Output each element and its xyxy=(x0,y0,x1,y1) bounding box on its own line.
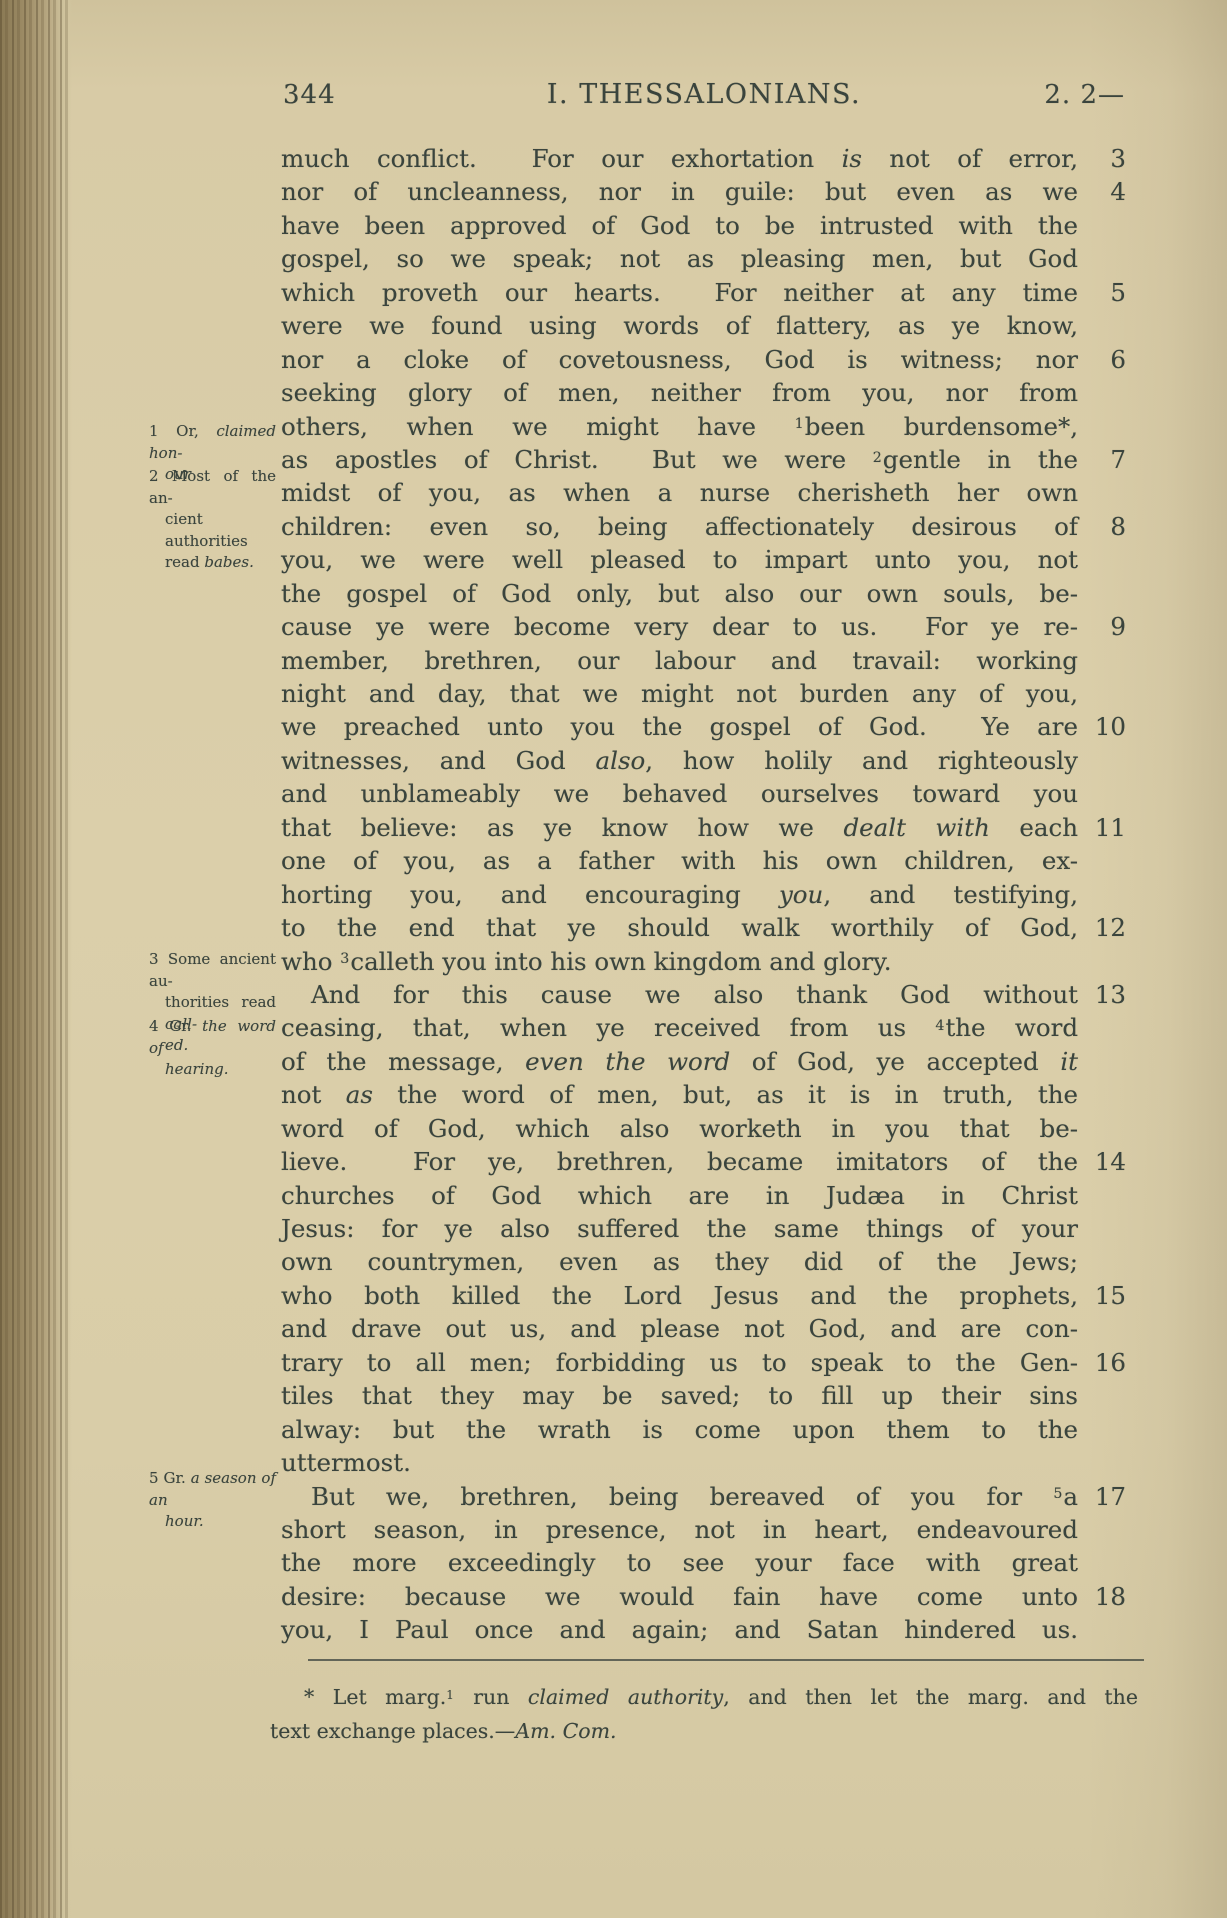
chapter-verse-ref: 2. 2— xyxy=(995,78,1125,112)
text-line: midst of you, as when a nurse cherisheth… xyxy=(281,476,1126,509)
text-line: not as the word of men, but, as it is in… xyxy=(281,1078,1126,1111)
text-line: as apostles of Christ. But we were 2gent… xyxy=(281,443,1126,476)
verse-number: 17 xyxy=(1078,1480,1126,1513)
verse-number: 6 xyxy=(1078,343,1126,376)
line-text: one of you, as a father with his own chi… xyxy=(281,844,1078,877)
scanned-book-page: 344 I. THESSALONIANS. 2. 2— 1 Or, claime… xyxy=(0,0,1227,1918)
line-text: which proveth our hearts. For neither at… xyxy=(281,276,1078,309)
line-text: children: even so, being affectionately … xyxy=(281,510,1078,543)
margin-note-line: cient authorities xyxy=(149,509,276,552)
margin-note-line: 5 Gr. a season of an xyxy=(149,1468,276,1511)
text-line: and unblameably we behaved ourselves tow… xyxy=(281,777,1126,810)
verse-number: 10 xyxy=(1078,710,1126,743)
text-line: Jesus: for ye also suffered the same thi… xyxy=(281,1212,1126,1245)
line-text: member, brethren, our labour and travail… xyxy=(281,644,1078,677)
line-text: nor of uncleanness, nor in guile: but ev… xyxy=(281,175,1078,208)
text-line: ceasing, that, when ye received from us … xyxy=(281,1011,1126,1044)
page-number: 344 xyxy=(283,78,413,112)
verse-number: 8 xyxy=(1078,510,1126,543)
verse-number: 14 xyxy=(1078,1145,1126,1178)
line-text: own countrymen, even as they did of the … xyxy=(281,1245,1078,1278)
text-line: horting you, and encouraging you, and te… xyxy=(281,878,1126,911)
text-line: desire: because we would fain have come … xyxy=(281,1580,1126,1613)
text-line: And for this cause we also thank God wit… xyxy=(281,978,1126,1011)
verse-number: 4 xyxy=(1078,175,1126,208)
margin-note-line: 3 Some ancient au- xyxy=(149,949,276,992)
line-text: midst of you, as when a nurse cherisheth… xyxy=(281,476,1078,509)
text-line: children: even so, being affectionately … xyxy=(281,510,1126,543)
line-text: who both killed the Lord Jesus and the p… xyxy=(281,1279,1078,1312)
book-title: I. THESSALONIANS. xyxy=(413,78,995,112)
margin-note-line: 4 Gr. the word of xyxy=(149,1016,276,1059)
margin-note-line: read babes. xyxy=(149,552,276,574)
footnote-line: text exchange places.—Am. Com. xyxy=(270,1716,1138,1747)
line-text: and unblameably we behaved ourselves tow… xyxy=(281,777,1078,810)
verse-number: 13 xyxy=(1078,978,1126,1011)
running-header: 344 I. THESSALONIANS. 2. 2— xyxy=(283,78,1125,112)
verse-number: 15 xyxy=(1078,1279,1126,1312)
text-line: tiles that they may be saved; to fill up… xyxy=(281,1379,1126,1412)
line-text: of the message, even the word of God, ye… xyxy=(281,1045,1078,1078)
footnote-line: * Let marg.1 run claimed authority, and … xyxy=(270,1682,1138,1716)
line-text: tiles that they may be saved; to fill up… xyxy=(281,1379,1078,1412)
text-line: uttermost. xyxy=(281,1446,1126,1479)
line-text: uttermost. xyxy=(281,1446,1078,1479)
text-line: the gospel of God only, but also our own… xyxy=(281,577,1126,610)
text-line: that believe: as ye know how we dealt wi… xyxy=(281,811,1126,844)
margin-note: 4 Gr. the word ofhearing. xyxy=(149,1016,276,1081)
line-text: cause ye were become very dear to us. Fo… xyxy=(281,610,1078,643)
text-line: gospel, so we speak; not as pleasing men… xyxy=(281,242,1126,275)
verse-number: 16 xyxy=(1078,1346,1126,1379)
line-text: word of God, which also worketh in you t… xyxy=(281,1112,1078,1145)
margin-note-line: hour. xyxy=(149,1511,276,1533)
line-text: we preached unto you the gospel of God. … xyxy=(281,710,1078,743)
line-text: And for this cause we also thank God wit… xyxy=(281,978,1078,1011)
text-line: who both killed the Lord Jesus and the p… xyxy=(281,1279,1126,1312)
text-line: word of God, which also worketh in you t… xyxy=(281,1112,1126,1145)
line-text: short season, in presence, not in heart,… xyxy=(281,1513,1078,1546)
line-text: gospel, so we speak; not as pleasing men… xyxy=(281,242,1078,275)
line-text: lieve. For ye, brethren, became imitator… xyxy=(281,1145,1078,1178)
text-line: witnesses, and God also, how holily and … xyxy=(281,744,1126,777)
line-text: horting you, and encouraging you, and te… xyxy=(281,878,1078,911)
line-text: Jesus: for ye also suffered the same thi… xyxy=(281,1212,1078,1245)
text-line: others, when we might have 1been burdens… xyxy=(281,410,1126,443)
text-line: But we, brethren, being bereaved of you … xyxy=(281,1480,1126,1513)
margin-note: 5 Gr. a season of anhour. xyxy=(149,1468,276,1533)
footnote: * Let marg.1 run claimed authority, and … xyxy=(270,1682,1138,1746)
line-text: seeking glory of men, neither from you, … xyxy=(281,376,1078,409)
line-text: much conflict. For our exhortation is no… xyxy=(281,142,1078,175)
line-text: nor a cloke of covetousness, God is witn… xyxy=(281,343,1078,376)
text-line: and drave out us, and please not God, an… xyxy=(281,1312,1126,1345)
text-line: nor a cloke of covetousness, God is witn… xyxy=(281,343,1126,376)
line-text: night and day, that we might not burden … xyxy=(281,677,1078,710)
text-line: who 3calleth you into his own kingdom an… xyxy=(281,945,1126,978)
verse-number: 3 xyxy=(1078,142,1126,175)
line-text: alway: but the wrath is come upon them t… xyxy=(281,1413,1078,1446)
text-line: were we found using words of flattery, a… xyxy=(281,309,1126,342)
line-text: the more exceedingly to see your face wi… xyxy=(281,1546,1078,1579)
line-text: that believe: as ye know how we dealt wi… xyxy=(281,811,1078,844)
line-text: desire: because we would fain have come … xyxy=(281,1580,1078,1613)
line-text: trary to all men; forbidding us to speak… xyxy=(281,1346,1078,1379)
body-text: much conflict. For our exhortation is no… xyxy=(281,142,1126,1647)
margin-note-line: hearing. xyxy=(149,1059,276,1081)
verse-number: 5 xyxy=(1078,276,1126,309)
text-line: churches of God which are in Judæa in Ch… xyxy=(281,1179,1126,1212)
text-line: one of you, as a father with his own chi… xyxy=(281,844,1126,877)
verse-number: 18 xyxy=(1078,1580,1126,1613)
text-line: have been approved of God to be intruste… xyxy=(281,209,1126,242)
verse-number: 12 xyxy=(1078,911,1126,944)
verse-number: 9 xyxy=(1078,610,1126,643)
text-line: member, brethren, our labour and travail… xyxy=(281,644,1126,677)
text-line: to the end that ye should walk worthily … xyxy=(281,911,1126,944)
line-text: witnesses, and God also, how holily and … xyxy=(281,744,1078,777)
text-line: own countrymen, even as they did of the … xyxy=(281,1245,1126,1278)
line-text: you, I Paul once and again; and Satan hi… xyxy=(281,1613,1078,1646)
footnote-divider-rule xyxy=(308,1659,1144,1661)
text-line: alway: but the wrath is come upon them t… xyxy=(281,1413,1126,1446)
verse-number: 7 xyxy=(1078,443,1126,476)
line-text: churches of God which are in Judæa in Ch… xyxy=(281,1179,1078,1212)
book-binding-gutter xyxy=(0,0,72,1918)
line-text: were we found using words of flattery, a… xyxy=(281,309,1078,342)
text-line: the more exceedingly to see your face wi… xyxy=(281,1546,1126,1579)
text-line: of the message, even the word of God, ye… xyxy=(281,1045,1126,1078)
line-text: you, we were well pleased to impart unto… xyxy=(281,543,1078,576)
line-text: and drave out us, and please not God, an… xyxy=(281,1312,1078,1345)
margin-note: 2 Most of the an-cient authoritiesread b… xyxy=(149,466,276,574)
text-line: night and day, that we might not burden … xyxy=(281,677,1126,710)
text-line: you, I Paul once and again; and Satan hi… xyxy=(281,1613,1126,1646)
line-text: the gospel of God only, but also our own… xyxy=(281,577,1078,610)
text-line: we preached unto you the gospel of God. … xyxy=(281,710,1126,743)
text-line: which proveth our hearts. For neither at… xyxy=(281,276,1126,309)
text-line: cause ye were become very dear to us. Fo… xyxy=(281,610,1126,643)
line-text: have been approved of God to be intruste… xyxy=(281,209,1078,242)
text-line: seeking glory of men, neither from you, … xyxy=(281,376,1126,409)
text-line: you, we were well pleased to impart unto… xyxy=(281,543,1126,576)
line-text: not as the word of men, but, as it is in… xyxy=(281,1078,1078,1111)
verse-number: 11 xyxy=(1078,811,1126,844)
text-line: nor of uncleanness, nor in guile: but ev… xyxy=(281,175,1126,208)
line-text: to the end that ye should walk worthily … xyxy=(281,911,1078,944)
text-line: lieve. For ye, brethren, became imitator… xyxy=(281,1145,1126,1178)
text-line: trary to all men; forbidding us to speak… xyxy=(281,1346,1126,1379)
margin-note-line: 1 Or, claimed hon- xyxy=(149,421,276,464)
text-line: short season, in presence, not in heart,… xyxy=(281,1513,1126,1546)
margin-note-line: 2 Most of the an- xyxy=(149,466,276,509)
text-line: much conflict. For our exhortation is no… xyxy=(281,142,1126,175)
